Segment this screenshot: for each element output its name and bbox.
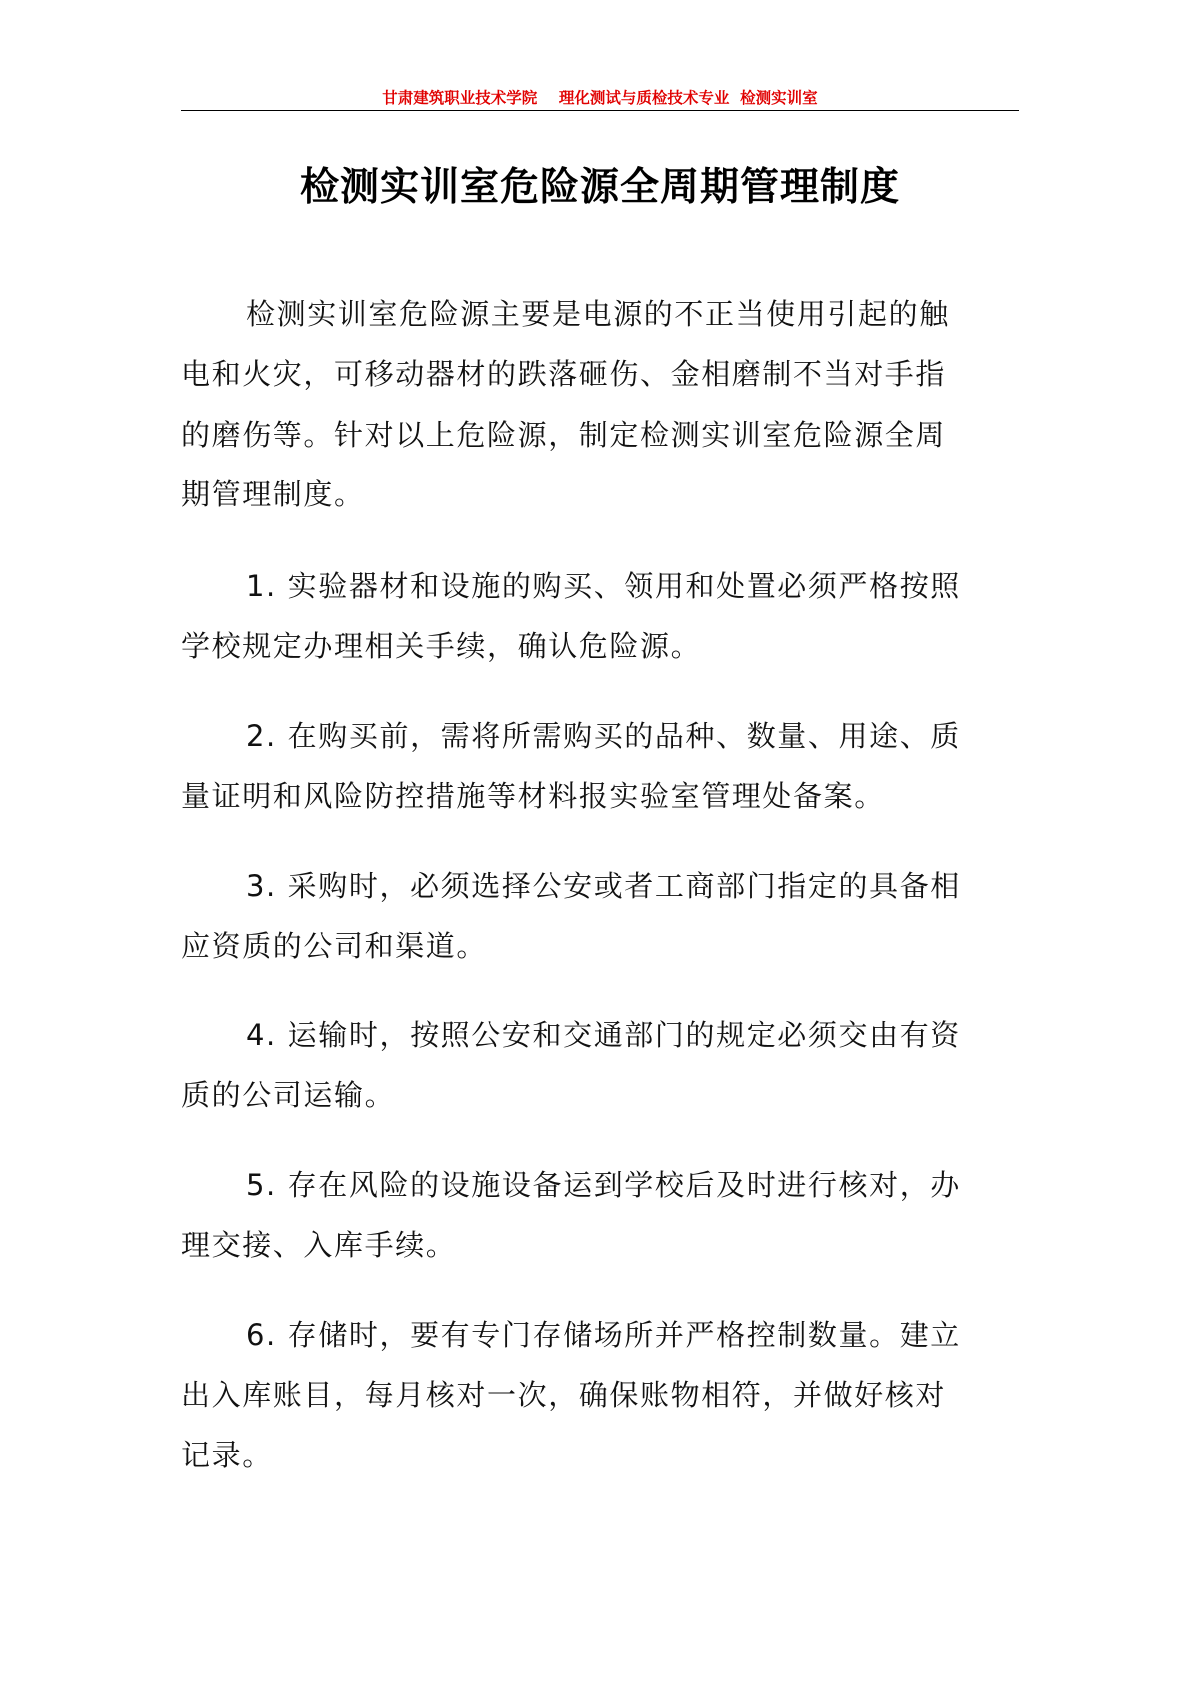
paragraph-line: 应资质的公司和渠道。 [181,926,487,966]
paragraph-line: 出入库账目，每月核对一次，确保账物相符，并做好核对 [181,1375,946,1415]
paragraph-line: 记录。 [181,1435,273,1475]
paragraph-line: 2. 在购买前，需将所需购买的品种、数量、用途、质 [246,716,961,756]
paragraph-line: 检测实训室危险源主要是电源的不正当使用引起的触 [246,294,950,334]
document-title: 检测实训室危险源全周期管理制度 [181,160,1019,216]
paragraph-line: 学校规定办理相关手续，确认危险源。 [181,626,701,666]
paragraph-line: 5. 存在风险的设施设备运到学校后及时进行核对，办 [246,1165,961,1205]
paragraph-line: 理交接、入库手续。 [181,1225,456,1265]
page-header: 甘肃建筑职业技术学院 理化测试与质检技术专业 检测实训室 [181,84,1019,112]
paragraph-line: 期管理制度。 [181,474,365,514]
paragraph-line: 1. 实验器材和设施的购买、领用和处置必须严格按照 [246,566,961,606]
paragraph-line: 6. 存储时，要有专门存储场所并严格控制数量。建立 [246,1315,961,1355]
header-divider [181,110,1019,111]
paragraph-line: 的磨伤等。针对以上危险源，制定检测实训室危险源全周 [181,415,946,455]
paragraph-line: 4. 运输时，按照公安和交通部门的规定必须交由有资 [246,1015,961,1055]
paragraph-line: 电和火灾，可移动器材的跌落砸伤、金相磨制不当对手指 [181,354,946,394]
paragraph-line: 量证明和风险防控措施等材料报实验室管理处备案。 [181,776,885,816]
paragraph-line: 质的公司运输。 [181,1075,395,1115]
paragraph-line: 3. 采购时，必须选择公安或者工商部门指定的具备相 [246,866,961,906]
